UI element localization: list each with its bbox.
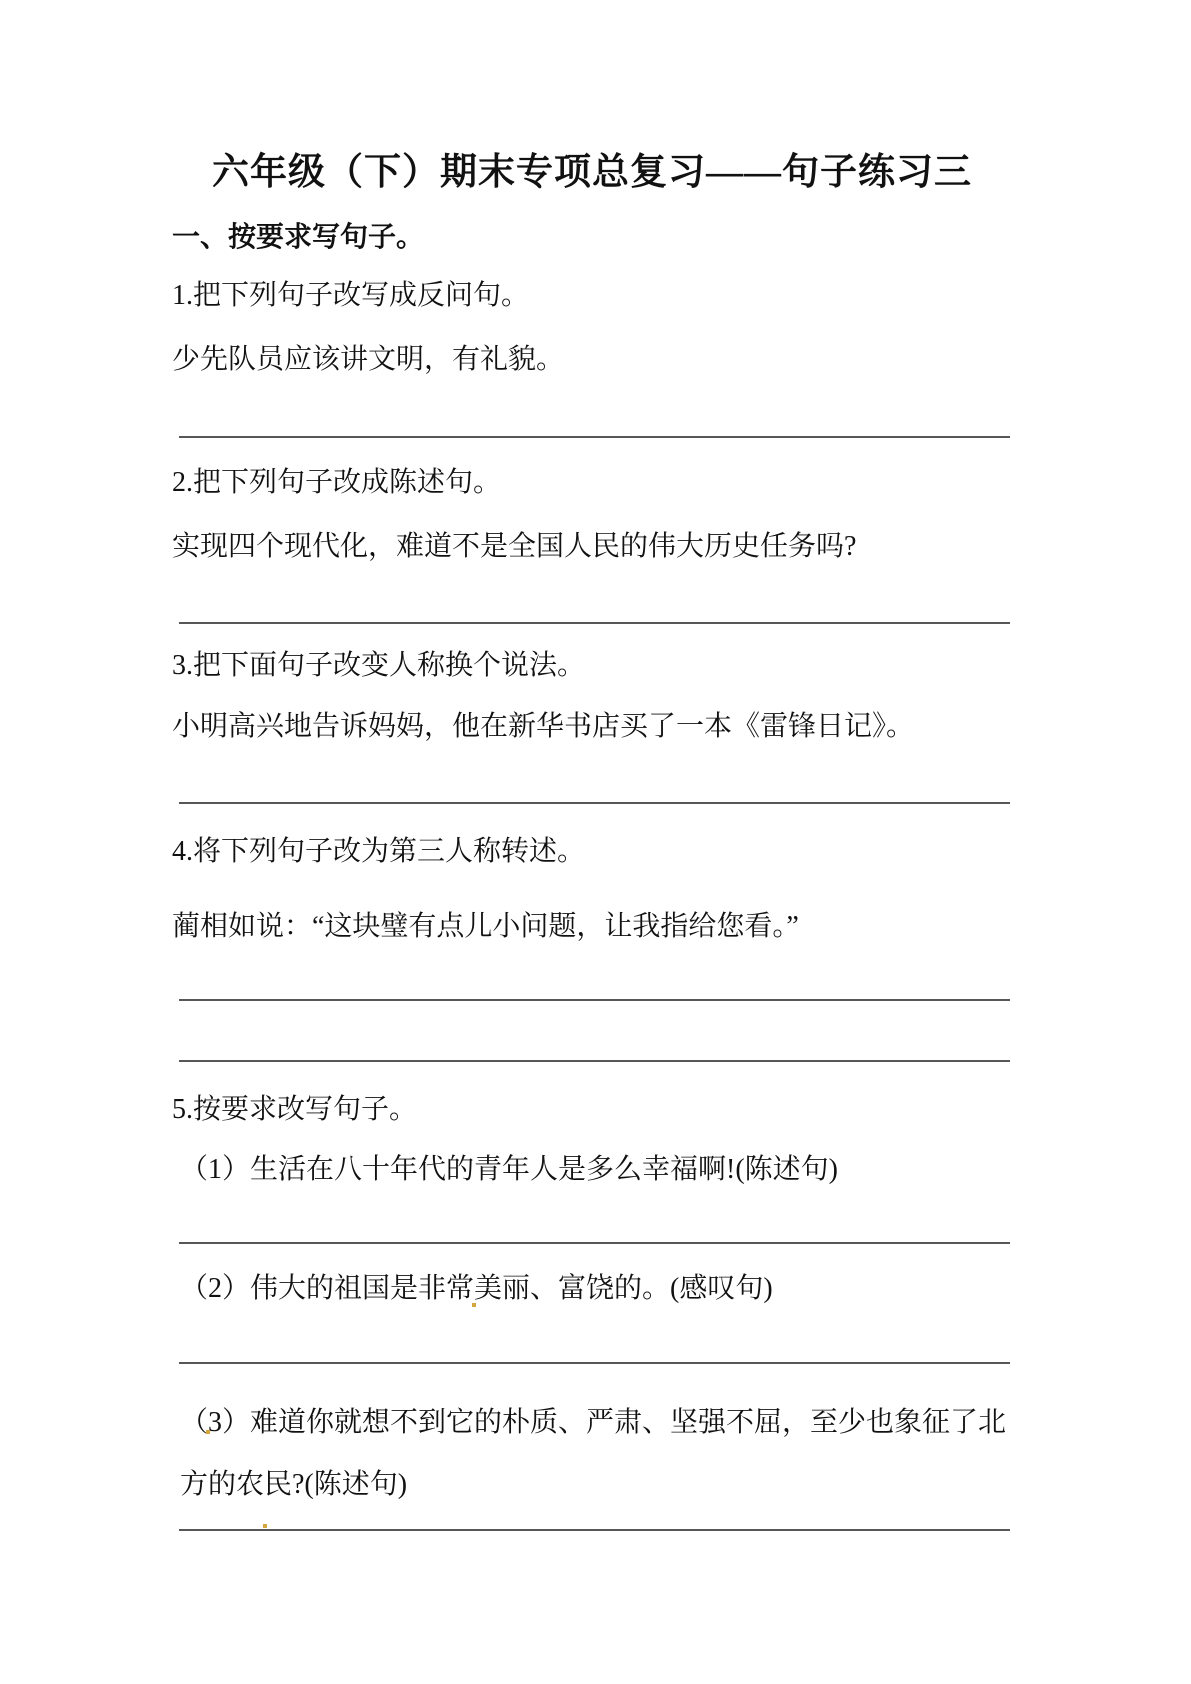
worksheet-page: 六年级（下）期末专项总复习——句子练习三 document.currentScr… (0, 0, 1191, 1684)
answer-line (179, 622, 1010, 624)
question-4-prompt: 4.将下列句子改为第三人称转述。 (172, 832, 1032, 872)
question-1-sentence: 少先队员应该讲文明，有礼貌。 (172, 340, 1032, 380)
answer-line (179, 802, 1010, 804)
spellcheck-mark (263, 1524, 267, 1528)
question-3-prompt: 3.把下面句子改变人称换个说法。 (172, 646, 1032, 686)
answer-line (179, 1060, 1010, 1062)
question-4-sentence: 蔺相如说：“这块璧有点儿小问题，让我指给您看。” (172, 907, 1032, 947)
answer-line (179, 1242, 1010, 1244)
spellcheck-mark (206, 1430, 210, 1434)
answer-line (179, 436, 1010, 438)
answer-line (179, 999, 1010, 1001)
document-title: 六年级（下）期末专项总复习——句子练习三 (172, 146, 1012, 200)
question-1-prompt: 1.把下列句子改写成反问句。 (172, 276, 1032, 316)
question-5-sub-3: （3）难道你就想不到它的朴质、严肃、坚强不屈，至少也象征了北方的农民?(陈述句) (180, 1392, 1015, 1516)
section-heading: 一、按要求写句子。 (172, 218, 1032, 258)
answer-line (179, 1362, 1010, 1364)
question-5-sub-2: （2）伟大的祖国是非常美丽、富饶的。(感叹句) (180, 1269, 1040, 1309)
question-2-prompt: 2.把下列句子改成陈述句。 (172, 463, 1032, 503)
question-2-sentence: 实现四个现代化，难道不是全国人民的伟大历史任务吗? (172, 527, 1032, 567)
question-3-sentence: 小明高兴地告诉妈妈，他在新华书店买了一本《雷锋日记》。 (172, 707, 1032, 747)
spellcheck-mark (472, 1303, 476, 1307)
question-5-sub-1: （1）生活在八十年代的青年人是多么幸福啊!(陈述句) (180, 1150, 1040, 1190)
question-5-prompt: 5.按要求改写句子。 (172, 1090, 1032, 1130)
answer-line (179, 1529, 1010, 1531)
